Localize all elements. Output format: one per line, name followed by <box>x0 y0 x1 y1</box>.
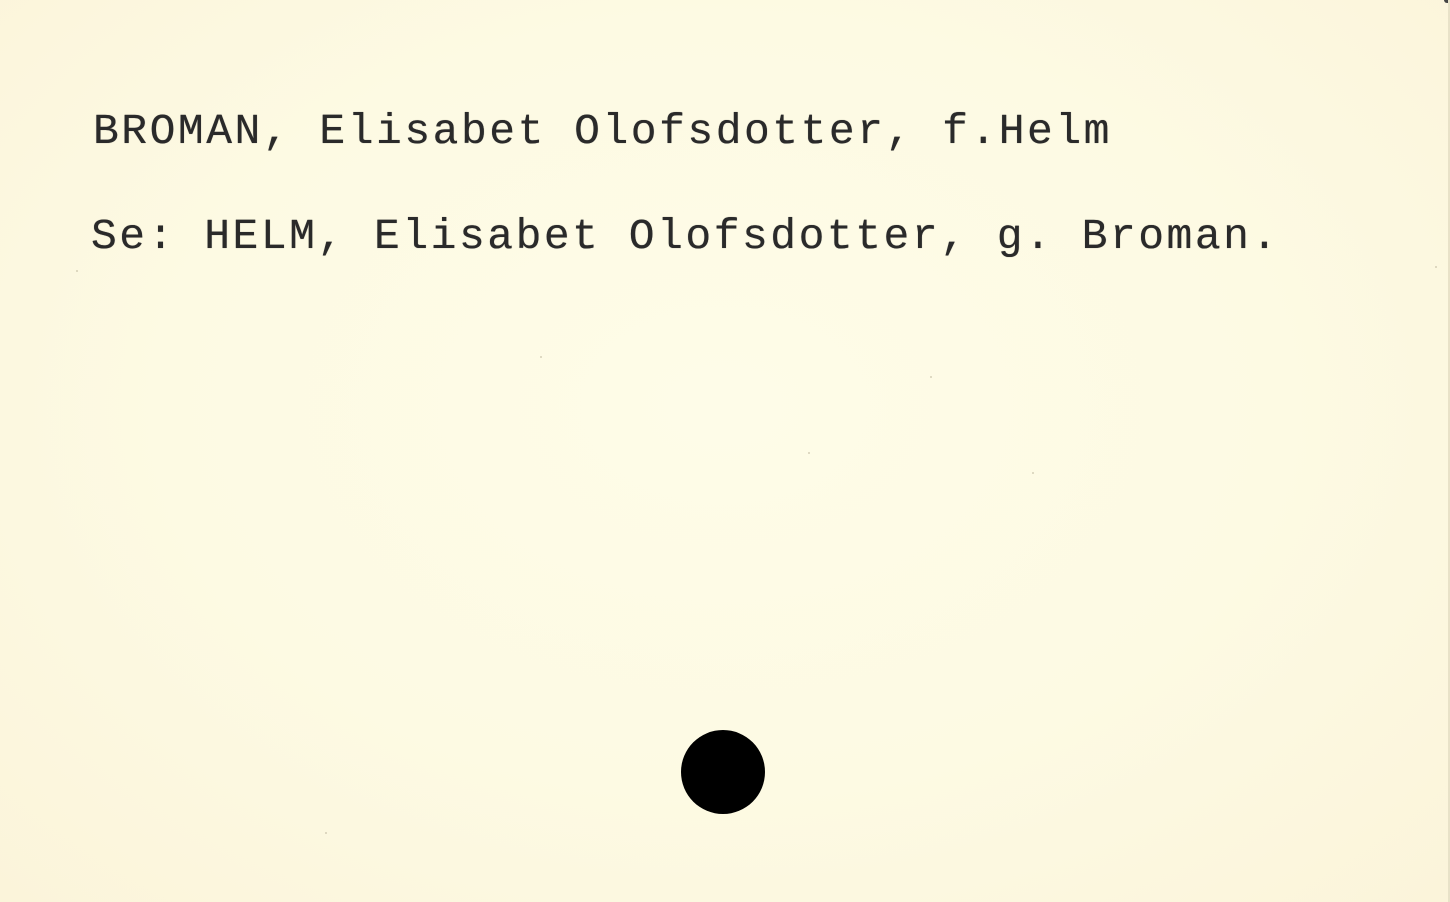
card-heading-name: BROMAN, Elisabet Olofsdotter, f.Helm <box>93 110 1112 153</box>
paper-speck <box>1435 266 1437 268</box>
paper-speck <box>930 376 932 378</box>
punch-hole <box>681 730 765 814</box>
paper-speck <box>540 356 542 358</box>
paper-speck <box>1032 472 1034 474</box>
paper-speck <box>325 832 327 834</box>
paper-speck <box>76 270 78 272</box>
card-see-reference: Se: HELM, Elisabet Olofsdotter, g. Broma… <box>91 215 1280 258</box>
paper-speck <box>808 452 810 454</box>
catalog-card: BROMAN, Elisabet Olofsdotter, f.Helm Se:… <box>0 0 1450 902</box>
card-corner-shadow <box>1444 0 1448 3</box>
